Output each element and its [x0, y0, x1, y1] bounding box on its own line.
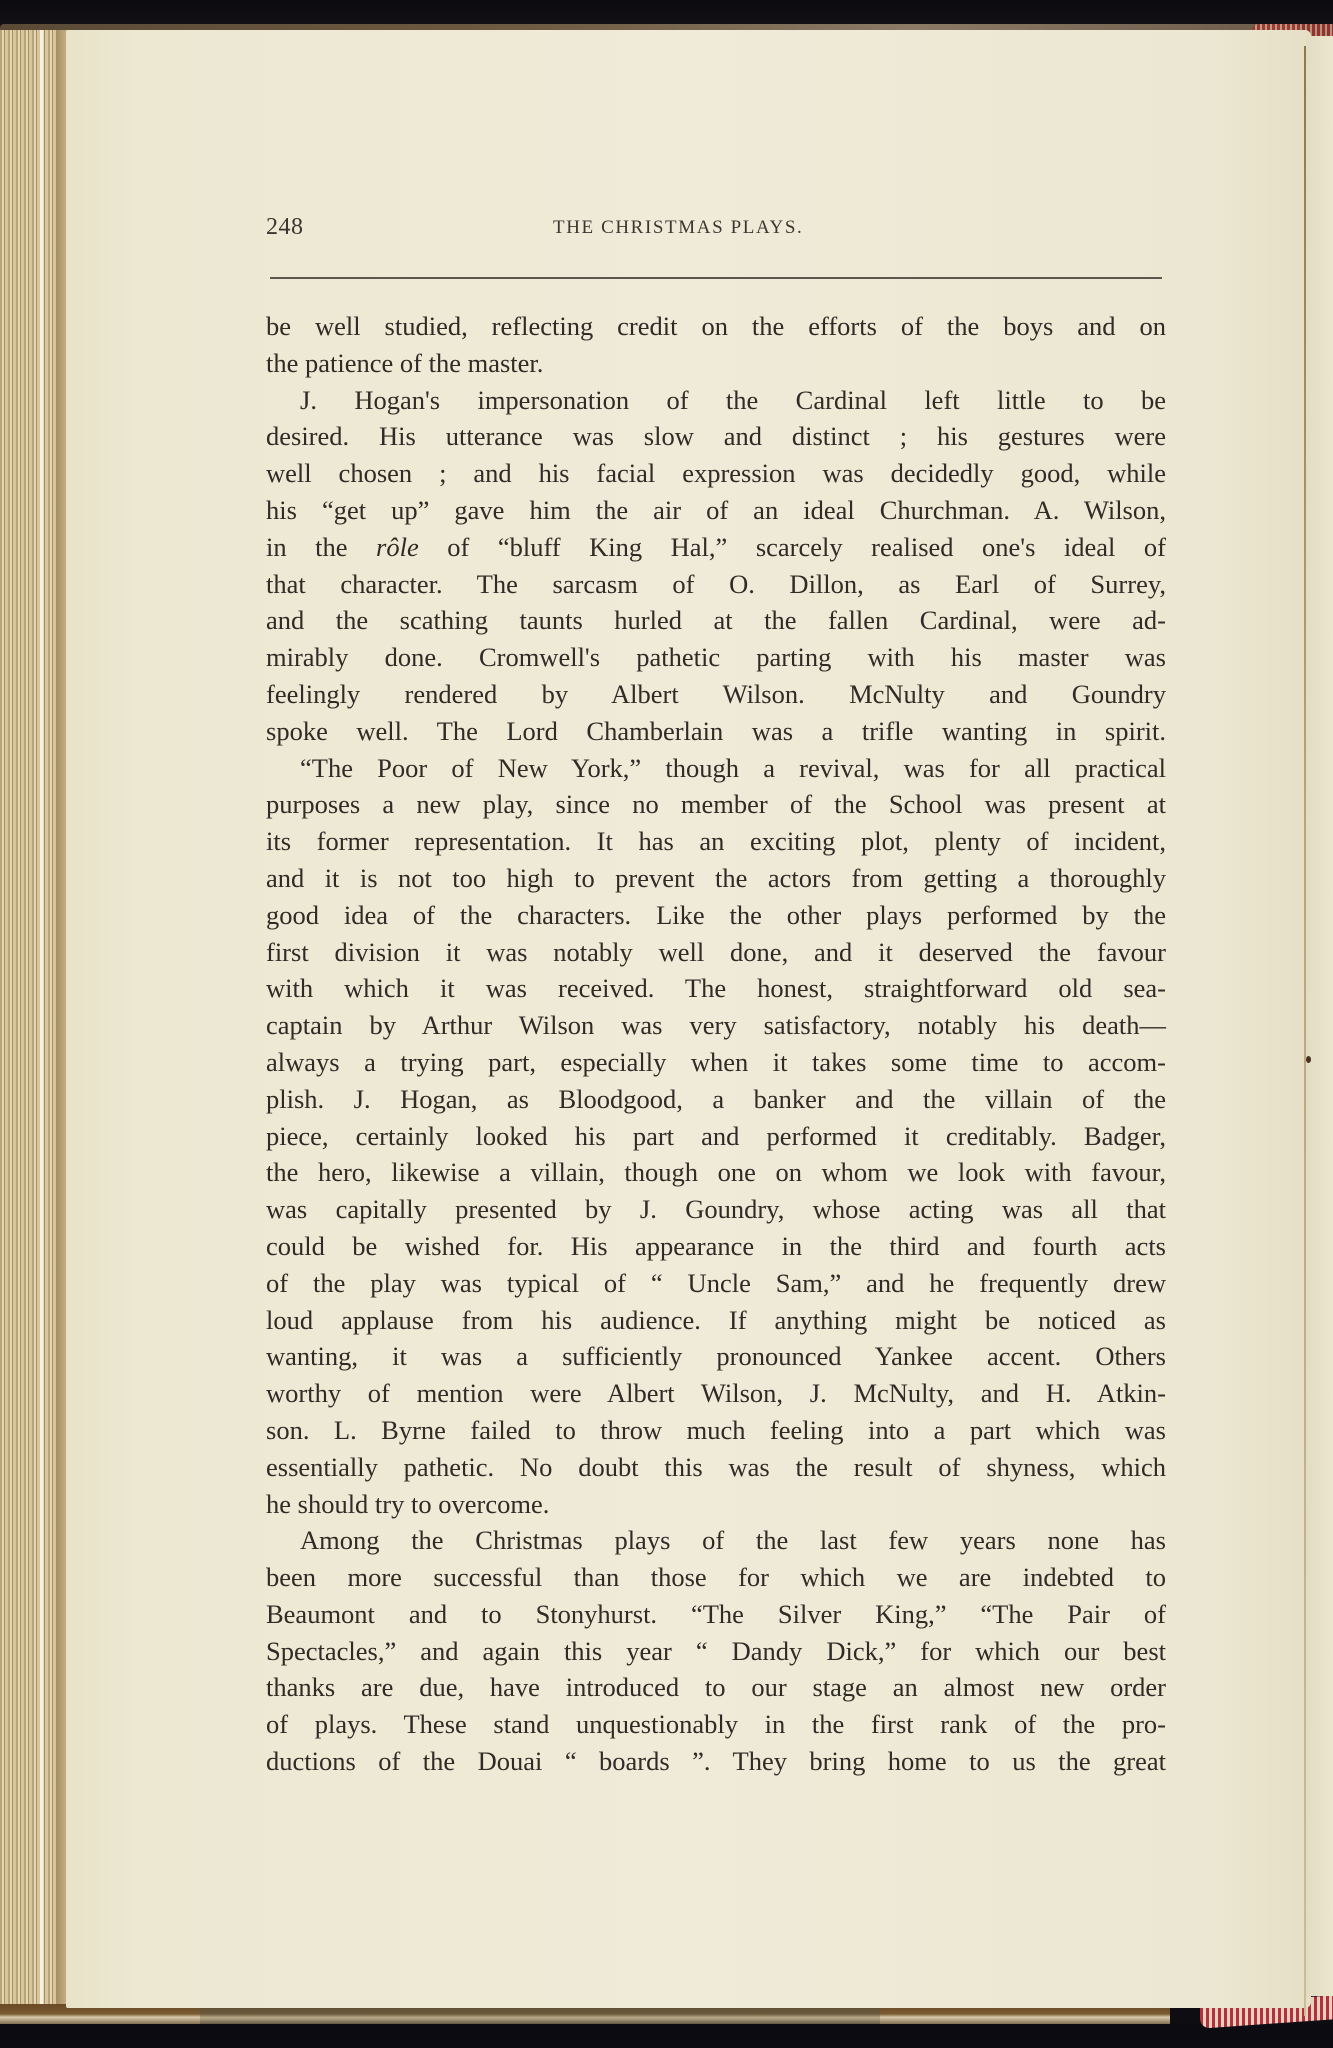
italic-word: rôle — [376, 532, 419, 562]
text-line: feelingly rendered by Albert Wilson. McN… — [266, 676, 1166, 713]
text-line: son. L. Byrne failed to throw much feeli… — [266, 1412, 1166, 1449]
text-line: Spectacles,” and again this year “ Dandy… — [266, 1633, 1166, 1670]
text-line: of plays. These stand unquestionably in … — [266, 1706, 1166, 1743]
page-crease — [1304, 46, 1306, 2016]
text-line: he should try to overcome. — [266, 1486, 1166, 1523]
text-line: wanting, it was a sufficiently pronounce… — [266, 1338, 1166, 1375]
text-line: captain by Arthur Wilson was very satisf… — [266, 1007, 1166, 1044]
text-line: worthy of mention were Albert Wilson, J.… — [266, 1375, 1166, 1412]
text-line: always a trying part, especially when it… — [266, 1044, 1166, 1081]
facing-page-strip — [1306, 36, 1333, 1996]
text-line: first division it was notably well done,… — [266, 934, 1166, 971]
text-line: with which it was received. The honest, … — [266, 970, 1166, 1007]
text-line: and it is not too high to prevent the ac… — [266, 860, 1166, 897]
page-stack-edges — [0, 30, 68, 2020]
text-line: of the play was typical of “ Uncle Sam,”… — [266, 1265, 1166, 1302]
text-line: plish. J. Hogan, as Bloodgood, a banker … — [266, 1081, 1166, 1118]
text-line: good idea of the characters. Like the ot… — [266, 897, 1166, 934]
text-line: in the rôle of “bluff King Hal,” scarcel… — [266, 529, 1166, 566]
body-text: be well studied, reflecting credit on th… — [266, 308, 1166, 1780]
text-line: the hero, likewise a villain, though one… — [266, 1154, 1166, 1191]
text-line: his “get up” gave him the air of an idea… — [266, 492, 1166, 529]
text-line: loud applause from his audience. If anyt… — [266, 1302, 1166, 1339]
text-line: piece, certainly looked his part and per… — [266, 1118, 1166, 1155]
text-line: well chosen ; and his facial expression … — [266, 455, 1166, 492]
dark-background-bottom — [0, 2024, 1333, 2048]
running-head: 248 THE CHRISTMAS PLAYS. — [266, 214, 1166, 244]
text-line: ductions of the Douai “ boards ”. They b… — [266, 1743, 1166, 1780]
text-line: “The Poor of New York,” though a revival… — [266, 750, 1166, 787]
text-line: purposes a new play, since no member of … — [266, 786, 1166, 823]
page-edge-highlight — [40, 30, 43, 2020]
text-line: essentially pathetic. No doubt this was … — [266, 1449, 1166, 1486]
running-head-title: THE CHRISTMAS PLAYS. — [553, 217, 803, 239]
page-number: 248 — [266, 214, 304, 241]
text-line: J. Hogan's impersonation of the Cardinal… — [266, 382, 1166, 419]
text-line: its former representation. It has an exc… — [266, 823, 1166, 860]
book-scan: 248 THE CHRISTMAS PLAYS. be well studied… — [0, 0, 1333, 2048]
ink-spot — [1306, 1056, 1311, 1063]
text-line: desired. His utterance was slow and dist… — [266, 418, 1166, 455]
text-line: the patience of the master. — [266, 345, 1166, 382]
text-line: was capitally presented by J. Goundry, w… — [266, 1191, 1166, 1228]
text-line: that character. The sarcasm of O. Dillon… — [266, 566, 1166, 603]
text-line: spoke well. The Lord Chamberlain was a t… — [266, 713, 1166, 750]
text-line: and the scathing taunts hurled at the fa… — [266, 602, 1166, 639]
text-line: Beaumont and to Stonyhurst. “The Silver … — [266, 1596, 1166, 1633]
text-line: could be wished for. His appearance in t… — [266, 1228, 1166, 1265]
text-line: Among the Christmas plays of the last fe… — [266, 1522, 1166, 1559]
text-line: mirably done. Cromwell's pathetic partin… — [266, 639, 1166, 676]
text-line: be well studied, reflecting credit on th… — [266, 308, 1166, 345]
text-line: thanks are due, have introduced to our s… — [266, 1669, 1166, 1706]
header-rule — [270, 277, 1162, 279]
text-line: been more successful than those for whic… — [266, 1559, 1166, 1596]
